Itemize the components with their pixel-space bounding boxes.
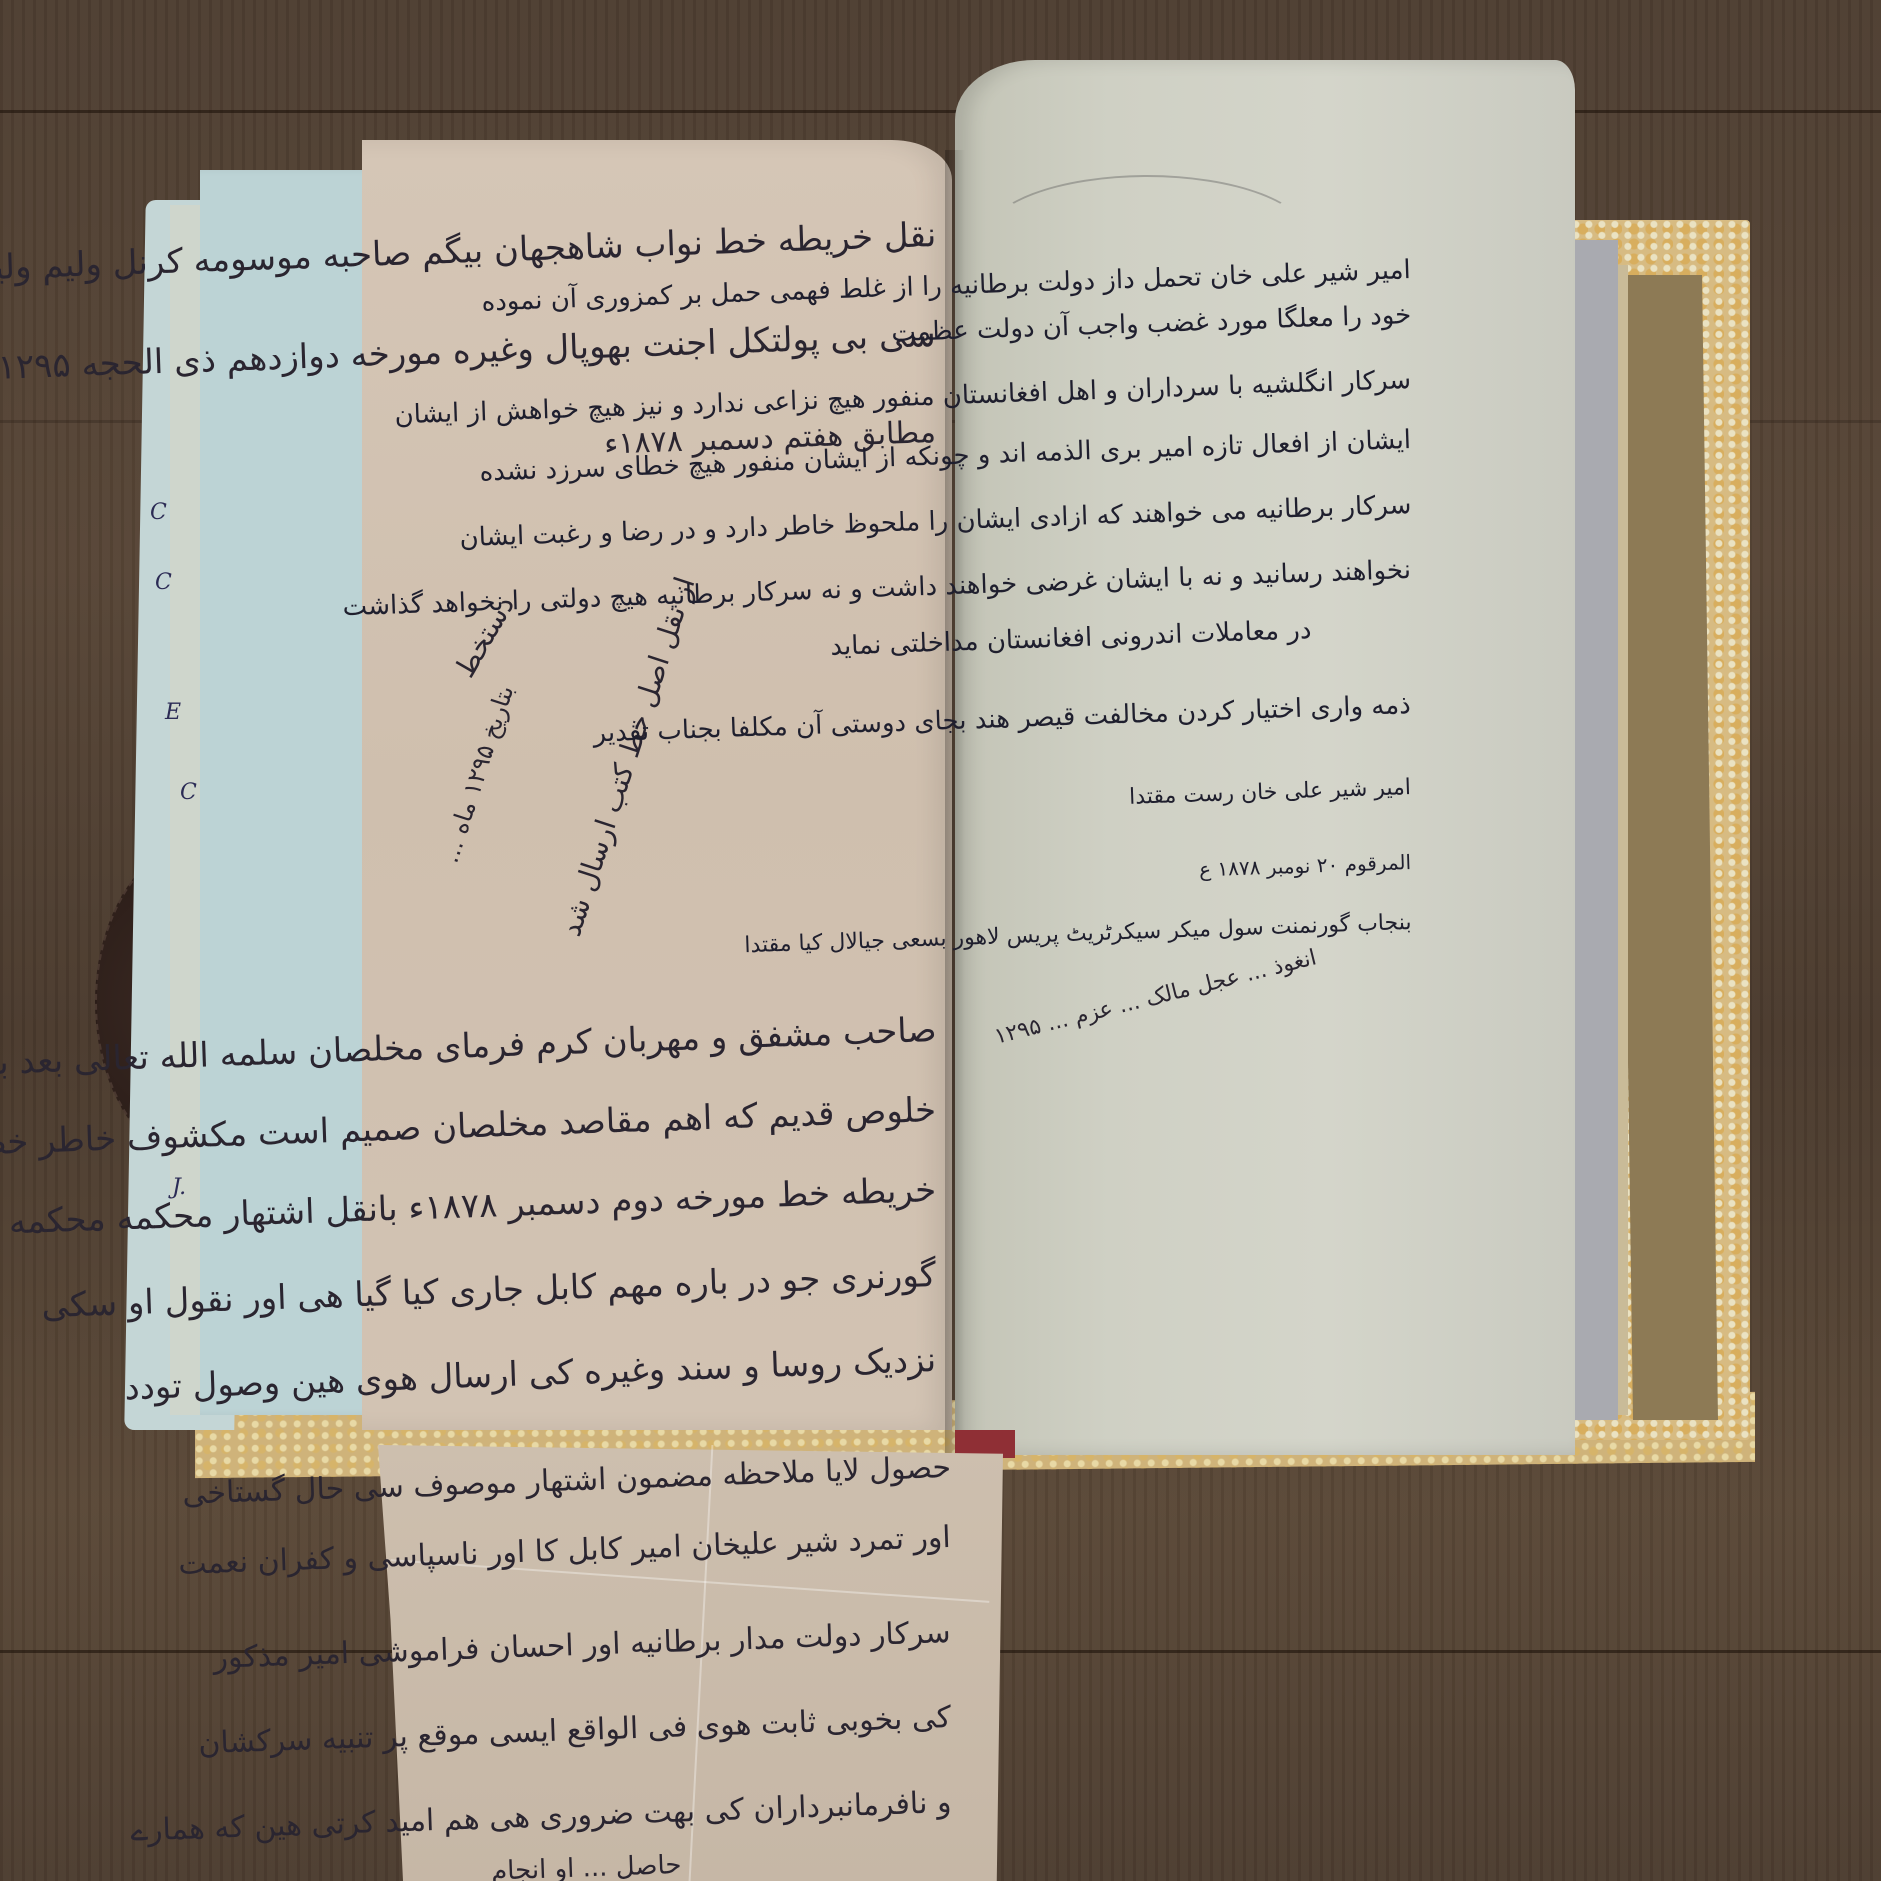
stack-mark: E [165,700,181,725]
stack-mark: C [155,570,172,595]
book-gutter [945,150,965,1460]
table-plank-seam [0,110,1881,113]
endpaper-right [1617,275,1718,1420]
stack-mark: C [150,500,167,525]
stack-mark: C [180,780,197,805]
insert-line: حاصل ... او انجام [490,1850,681,1881]
